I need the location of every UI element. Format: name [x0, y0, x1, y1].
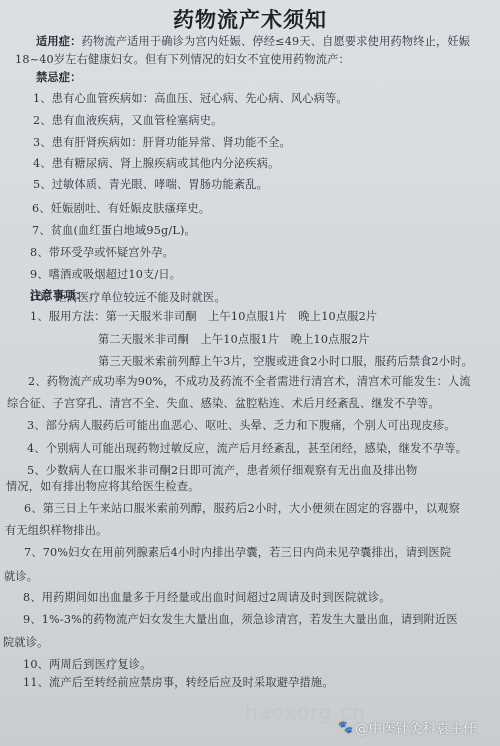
- precaution-item-6-cont: 有无组织样物排出。: [5, 522, 108, 538]
- dosage-day2-line: 第二天服米非司酮 上午10点服1片 晚上10点服2片: [98, 331, 370, 347]
- precaution-item-6: 6、第三日上午来站口服米索前列醇，服药后2小时，大小便须在固定的容器中，以观察: [24, 500, 460, 516]
- contraindication-item: 9、嗜酒或吸烟超过10支/日。: [30, 266, 181, 282]
- contraindication-item: 4、患有糖尿病、肾上腺疾病或其他内分泌疾病。: [33, 155, 279, 171]
- precaution-item-5-cont: 情况，如有排出物应将其给医生检查。: [6, 478, 200, 494]
- precaution-item-8: 8、用药期间如出血量多于月经量或出血时间超过2周请及时到医院就诊。: [23, 589, 391, 605]
- contraindication-item: 6、妊娠剧吐、有妊娠皮肤瘙痒史。: [32, 200, 210, 216]
- page-title: 药物流产术须知: [0, 4, 500, 34]
- contraindication-item: 2、患有血液疾病，又血管栓塞病史。: [33, 112, 223, 128]
- indications-label: 适用症：: [36, 34, 82, 48]
- author-credit-text: @中医针灸科袁主任: [355, 717, 477, 737]
- contraindication-item: 7、贫血(血红蛋白地域95g/L)。: [32, 222, 196, 238]
- dosage-day1-line: 1、服用方法：第一天服米非司酮 上午10点服1片 晚上10点服2片: [30, 308, 377, 324]
- precaution-item-10: 10、两周后到医疗复诊。: [23, 656, 152, 672]
- contraindication-item: 1、患有心血管疾病如：高血压、冠心病、先心病、风心病等。: [33, 90, 348, 106]
- author-credit: 🐾 @中医针灸科袁主任: [338, 717, 476, 737]
- indications-line-2: 18~40岁左右健康妇女。但有下列情况的妇女不宜使用药物流产：: [15, 51, 350, 67]
- precaution-item-9-cont: 院就诊。: [3, 634, 49, 650]
- contraindication-item: 8、带环受孕或怀疑宫外孕。: [30, 244, 174, 260]
- precaution-item-7-cont: 就诊。: [4, 568, 38, 584]
- precaution-item-3: 3、部分病人服药后可能出血恶心、呕吐、头晕、乏力和下腹痛，个别人可出现皮疹。: [27, 417, 456, 433]
- document-page: 药物流产术须知 适用症：药物流产适用于确诊为宫内妊娠、停经≤49天、自愿要求使用…: [0, 0, 500, 746]
- precaution-item-4: 4、个别病人可能出现药物过敏反应，流产后月经紊乱，甚至闭经，感染，继发不孕等。: [27, 440, 467, 456]
- weibo-icon: 🐾: [338, 720, 353, 734]
- contraindication-item: 3、患有肝肾疾病如：肝肾功能异常、肾功能不全。: [33, 134, 291, 150]
- precaution-item-11: 11、流产后至转经前应禁房事，转经后应及时采取避孕措施。: [23, 674, 334, 690]
- precaution-item-9: 9、1%-3%的药物流产妇女发生大量出血，须急诊清宫，若发生大量出血，请到附近医: [23, 611, 458, 627]
- precaution-item-7: 7、70%妇女在用前列腺素后4小时内排出孕囊，若三日内尚未见孕囊排出，请到医院: [24, 544, 451, 560]
- contraindication-item: 5、过敏体质、青光眼、哮喘、胃肠功能紊乱。: [33, 176, 268, 192]
- indications-line-1: 适用症：药物流产适用于确诊为宫内妊娠、停经≤49天、自愿要求使用药物终止，妊娠: [36, 33, 470, 49]
- dosage-label: 1、服用方法：: [30, 310, 106, 323]
- precaution-item-2: 2、药物流产成功率为90%，不成功及药流不全者需进行清宫术，清宫术可能发生：人流: [28, 373, 471, 389]
- dosage-day3-line: 第三天服米索前列醇上午3片，空腹或进食2小时口服，服药后禁食2小时。: [98, 353, 473, 369]
- precautions-label: 注意事项：: [30, 287, 87, 303]
- precaution-item-2-cont: 综合征、子宫穿孔、清宫不全、失血、感染、盆腔粘连、术后月经紊乱、继发不孕等。: [7, 395, 440, 411]
- precaution-item-5: 5、少数病人在口服米非司酮2日即可流产，患者须仔细观察有无出血及排出物: [27, 462, 417, 478]
- contraindications-label: 禁忌症：: [36, 69, 82, 85]
